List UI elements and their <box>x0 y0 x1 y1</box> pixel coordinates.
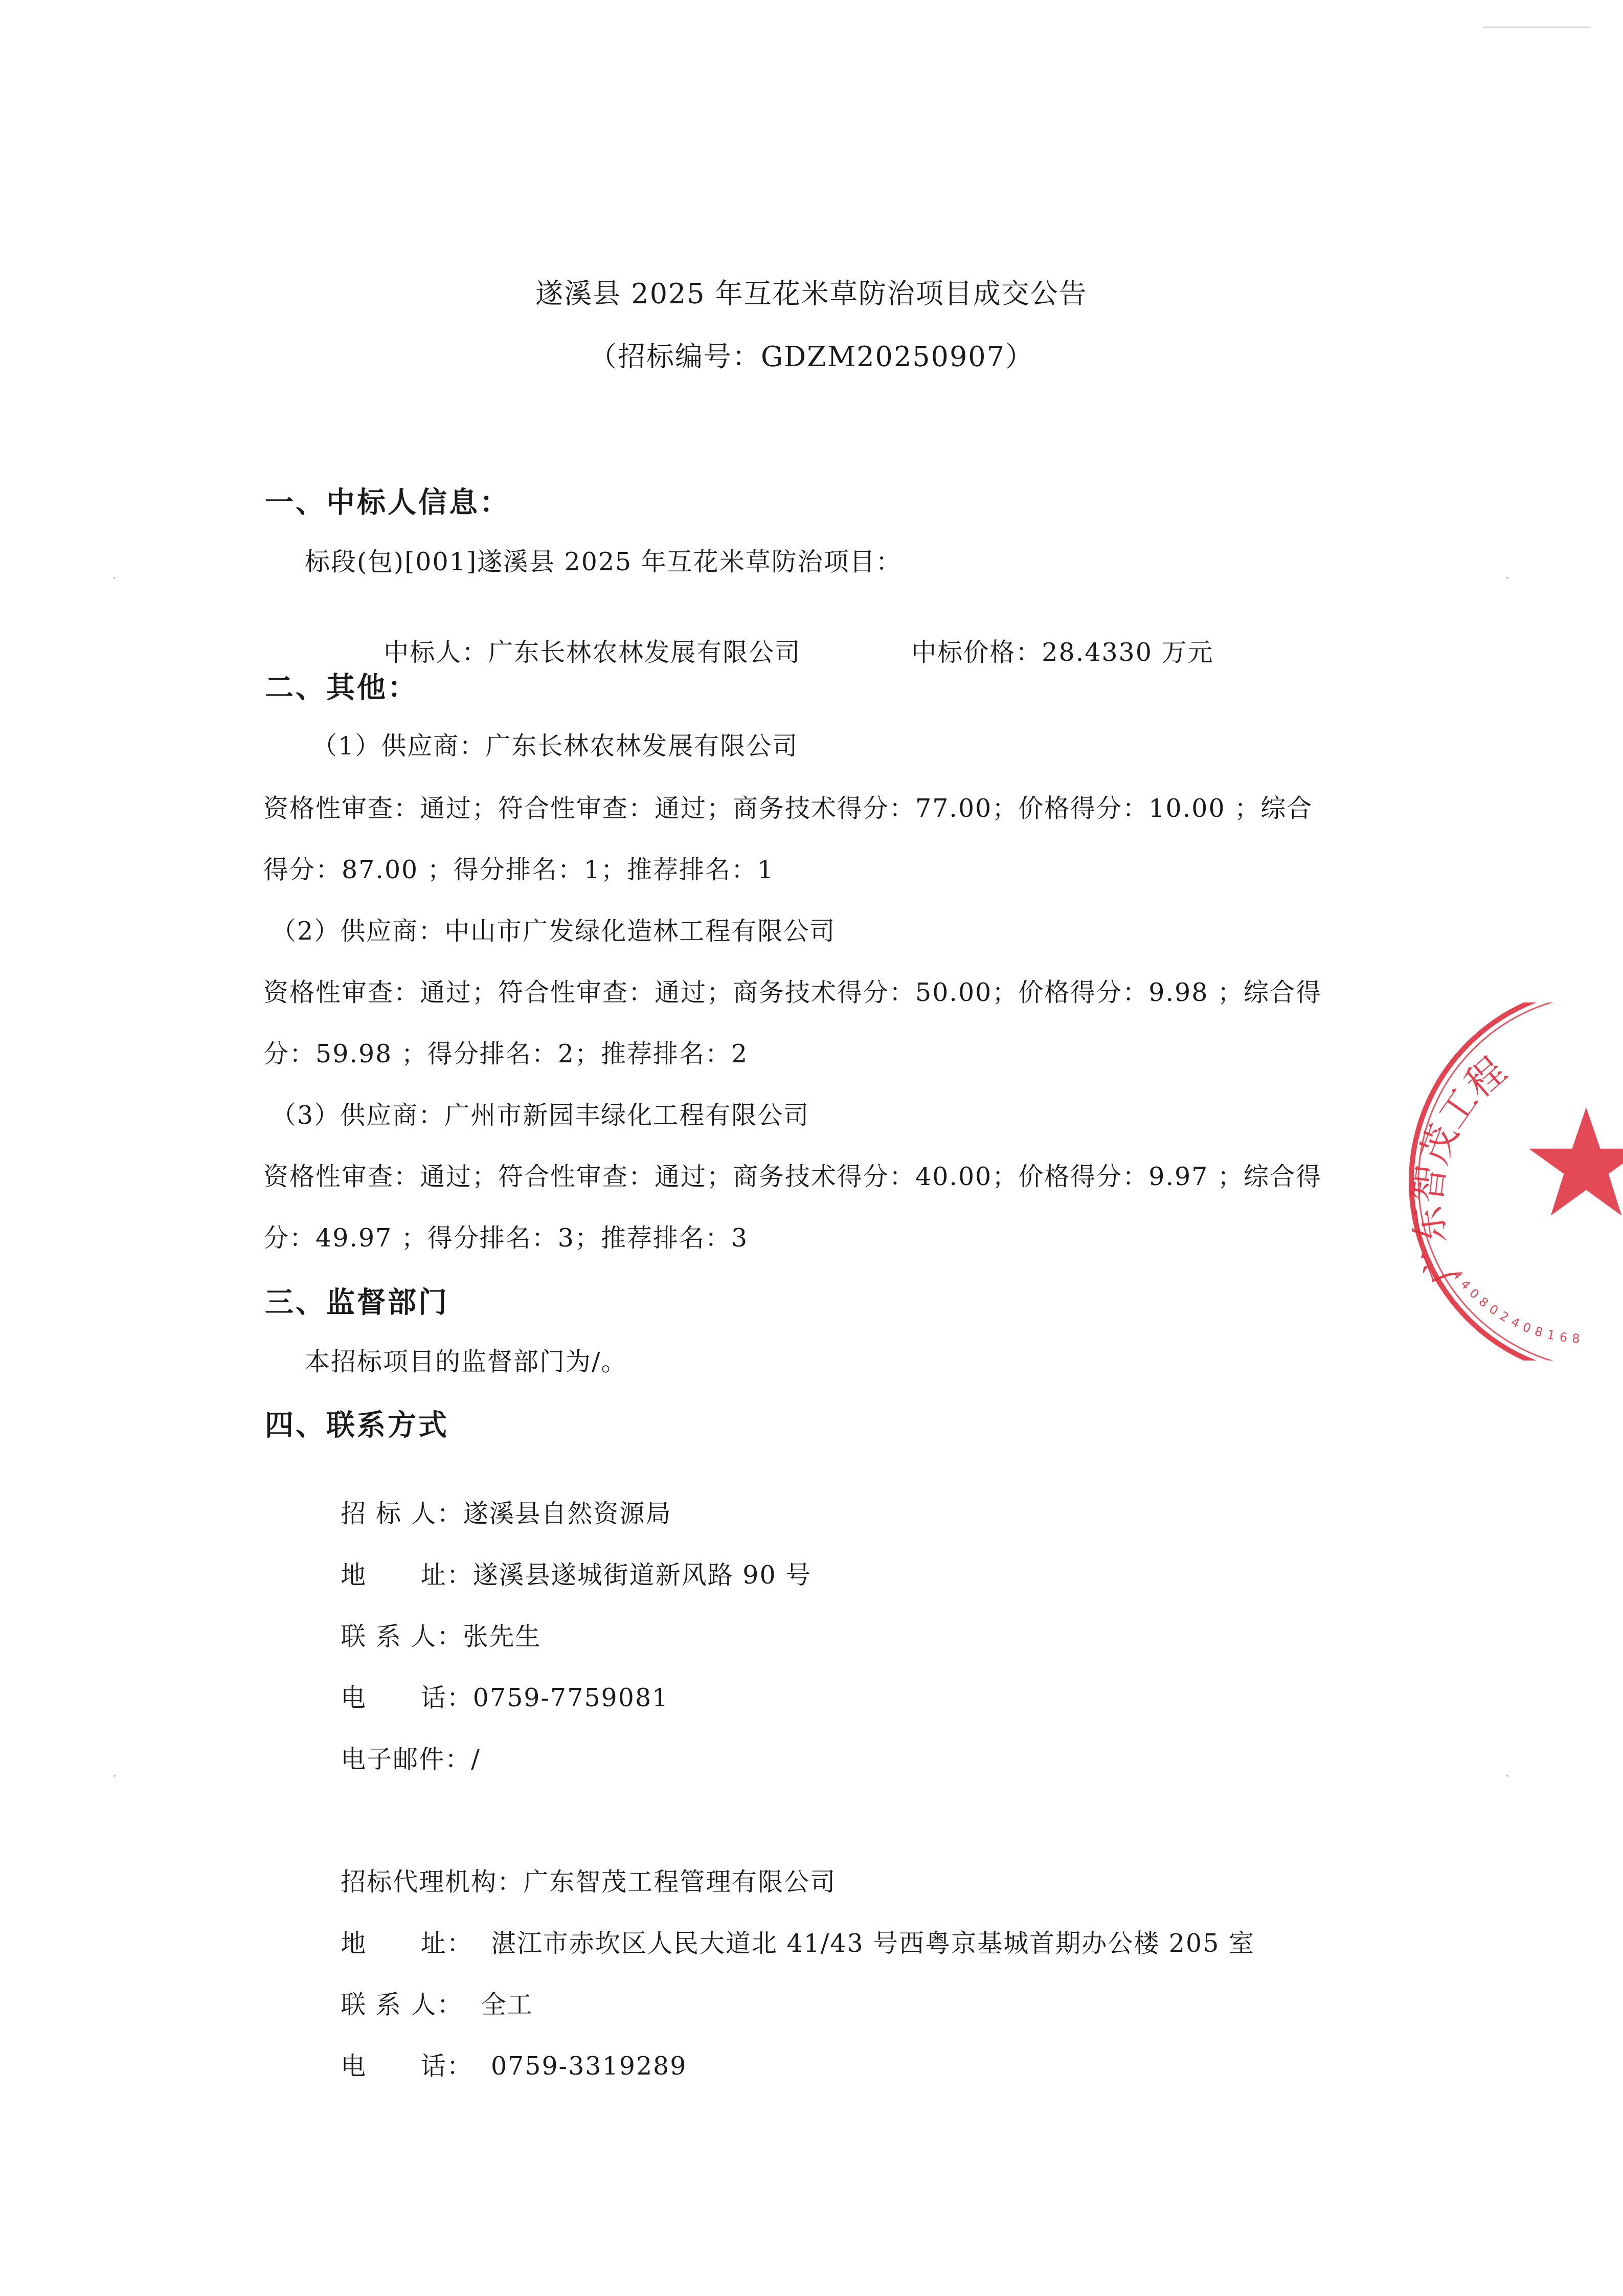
supplier-3-score-line: 分：49.97 ；得分排名：3；推荐排名：3 <box>263 1218 748 1254</box>
svg-text:440802408168: 440802408168 <box>1450 1267 1585 1346</box>
price-line: 中标价格：28.4330 万元 <box>875 604 1214 698</box>
agency-phone-row: 电 话： 0759-3319289 <box>305 2017 687 2111</box>
company-seal: 广东智茂工程 440802408168 <box>1391 1002 1623 1361</box>
tenderer-email-label: 电子邮件： <box>341 1745 471 1774</box>
supplier-3-review-line: 资格性审查：通过；符合性审查：通过；商务技术得分：40.00；价格得分：9.97… <box>263 1157 1322 1193</box>
tenderer-value: 遂溪县自然资源局 <box>463 1499 671 1528</box>
agency-contact-label: 联 系 人： <box>341 1990 481 2019</box>
supplier-1-score-line: 得分：87.00 ；得分排名：1；推荐排名：1 <box>263 850 774 886</box>
agency-address-value: 湛江市赤坎区人民大道北 41/43 号西粤京基城首期办公楼 205 室 <box>491 1929 1255 1958</box>
heading-supervision: 三、监督部门 <box>265 1280 449 1321</box>
scan-speck <box>114 1775 116 1777</box>
agency-phone-value: 0759-3319289 <box>491 2052 687 2081</box>
agency-value: 广东智茂工程管理有限公司 <box>523 1867 836 1897</box>
supplier-2-score-line: 分：59.98 ；得分排名：2；推荐排名：2 <box>263 1034 748 1070</box>
winner-name: 广东长林农林发展有限公司 <box>488 638 801 667</box>
supplier-2-header: （2）供应商：中山市广发绿化造林工程有限公司 <box>271 911 836 947</box>
tenderer-address-value: 遂溪县遂城街道新风路 90 号 <box>473 1561 812 1590</box>
winner-label: 中标人： <box>384 638 488 667</box>
supplier-1-review-line: 资格性审查：通过；符合性审查：通过；商务技术得分：77.00；价格得分：10.0… <box>263 789 1313 824</box>
price-label: 中标价格： <box>911 638 1042 667</box>
scan-speck <box>1506 1775 1508 1777</box>
tenderer-contact-label: 联 系 人： <box>341 1622 463 1651</box>
tenderer-contact-value: 张先生 <box>463 1622 541 1651</box>
heading-winner-info: 一、中标人信息： <box>265 480 510 521</box>
agency-phone-label: 电 话： <box>341 2052 491 2081</box>
lot-line: 标段(包)[001]遂溪县 2025 年互花米草防治项目： <box>305 542 902 578</box>
price-value: 28.4330 万元 <box>1042 638 1213 667</box>
tenderer-email-value: / <box>471 1745 481 1774</box>
tenderer-label: 招 标 人： <box>341 1499 463 1528</box>
scan-artifact-line <box>1483 27 1591 28</box>
tenderer-address-label: 地 址： <box>341 1561 472 1590</box>
supervision-text: 本招标项目的监督部门为/。 <box>305 1342 627 1378</box>
scan-speck <box>114 577 116 579</box>
tenderer-email-row: 电子邮件：/ <box>305 1710 481 1804</box>
scan-speck <box>1506 577 1508 579</box>
svg-text:广东智茂工程: 广东智茂工程 <box>1406 1049 1515 1290</box>
heading-others: 二、其他： <box>265 665 418 706</box>
document-title: 遂溪县 2025 年互花米草防治项目成交公告 <box>0 272 1623 311</box>
tenderer-phone-label: 电 话： <box>341 1683 472 1712</box>
agency-address-label: 地 址： <box>341 1929 491 1958</box>
agency-contact-value: 全工 <box>481 1990 533 2019</box>
heading-contact: 四、联系方式 <box>265 1402 449 1443</box>
tenderer-phone-value: 0759-7759081 <box>473 1683 669 1712</box>
supplier-1-header: （1）供应商：广东长林农林发展有限公司 <box>312 726 798 762</box>
agency-label: 招标代理机构： <box>341 1867 523 1897</box>
star-icon <box>1529 1107 1623 1216</box>
document-page: 遂溪县 2025 年互花米草防治项目成交公告 （招标编号：GDZM2025090… <box>0 0 1623 2296</box>
supplier-2-review-line: 资格性审查：通过；符合性审查：通过；商务技术得分：50.00；价格得分：9.98… <box>263 973 1322 1009</box>
tender-number: （招标编号：GDZM20250907） <box>0 335 1623 374</box>
supplier-3-header: （3）供应商：广州市新园丰绿化工程有限公司 <box>271 1096 809 1131</box>
